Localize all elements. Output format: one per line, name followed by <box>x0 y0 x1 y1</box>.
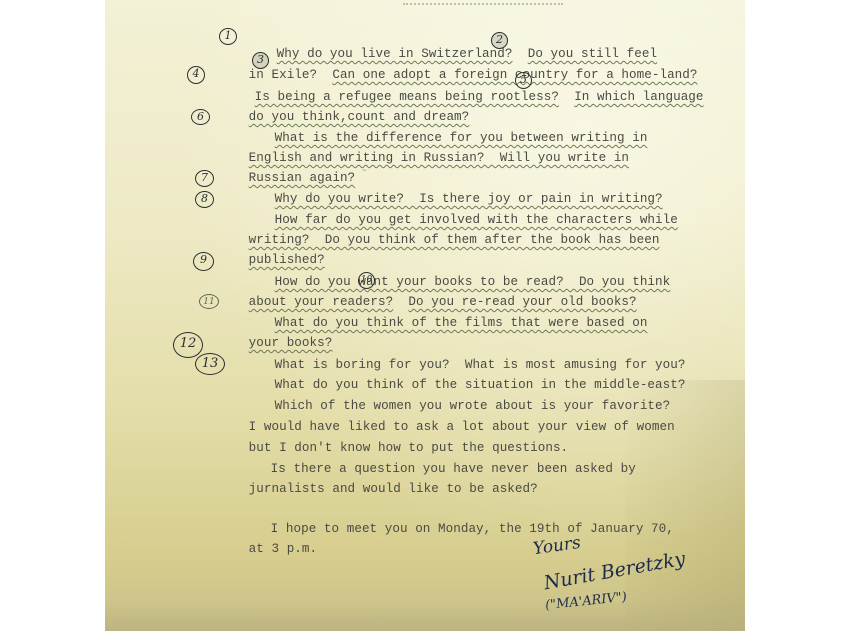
typed-line: published? <box>203 236 325 252</box>
typed-line: What do you think of the films that were… <box>229 299 647 315</box>
typed-line: writing? Do you think of them after the … <box>203 216 659 232</box>
typed-line: English and writing in Russian? Will you… <box>203 134 629 150</box>
circled-number: 8 <box>195 191 214 208</box>
typed-line: but I don't know how to put the question… <box>203 424 568 440</box>
typed-line: about your readers? Do you re-read your … <box>203 278 637 294</box>
typed-line: Is there a question you have never been … <box>225 445 636 461</box>
typed-line: at 3 p.m. <box>203 525 317 541</box>
circled-number: 2 <box>491 32 508 49</box>
typed-line: do you think,count and dream? <box>203 93 469 109</box>
circled-number: 11 <box>199 294 219 309</box>
circled-number: 9 <box>193 252 214 271</box>
typed-line: How do you want your books to be read? D… <box>229 258 670 274</box>
circled-number: 6 <box>191 109 210 125</box>
circled-number: 5 <box>515 72 532 89</box>
typed-line: I hope to meet you on Monday, the 19th o… <box>225 505 674 521</box>
typed-line: your books? <box>203 319 332 335</box>
typed-line: jurnalists and would like to be asked? <box>203 465 538 481</box>
circled-number: 7 <box>195 170 214 187</box>
typed-line: What is boring for you? What is most amu… <box>229 341 685 357</box>
circled-number: 12 <box>173 332 203 358</box>
circled-number: 10 <box>358 272 375 289</box>
typed-line: How far do you get involved with the cha… <box>229 196 678 212</box>
letter-page: Why do you live in Switzerland? Do you s… <box>105 0 745 631</box>
typed-line: Is being a refugee means being rootless?… <box>209 73 704 89</box>
circled-number: 1 <box>219 28 237 45</box>
typed-line: I would have liked to ask a lot about yo… <box>203 403 675 419</box>
typed-line: What do you think of the situation in th… <box>229 361 685 377</box>
typed-line: Russian again? <box>203 154 355 170</box>
typed-line: What is the difference for you between w… <box>229 114 647 130</box>
typed-line: Why do you write? Is there joy or pain i… <box>229 175 663 191</box>
typed-line: in Exile? Can one adopt a foreign countr… <box>203 51 698 67</box>
clipped-heading <box>403 0 563 5</box>
typed-line: Which of the women you wrote about is yo… <box>229 382 670 398</box>
typed-line: Why do you live in Switzerland? Do you s… <box>231 30 657 46</box>
circled-number: 13 <box>195 353 225 375</box>
circled-number: 4 <box>187 66 205 84</box>
margin-note: ~ <box>362 167 367 174</box>
signature-affiliation: ("MA'ARIV") <box>544 590 627 613</box>
circled-number: 3 <box>252 52 269 69</box>
